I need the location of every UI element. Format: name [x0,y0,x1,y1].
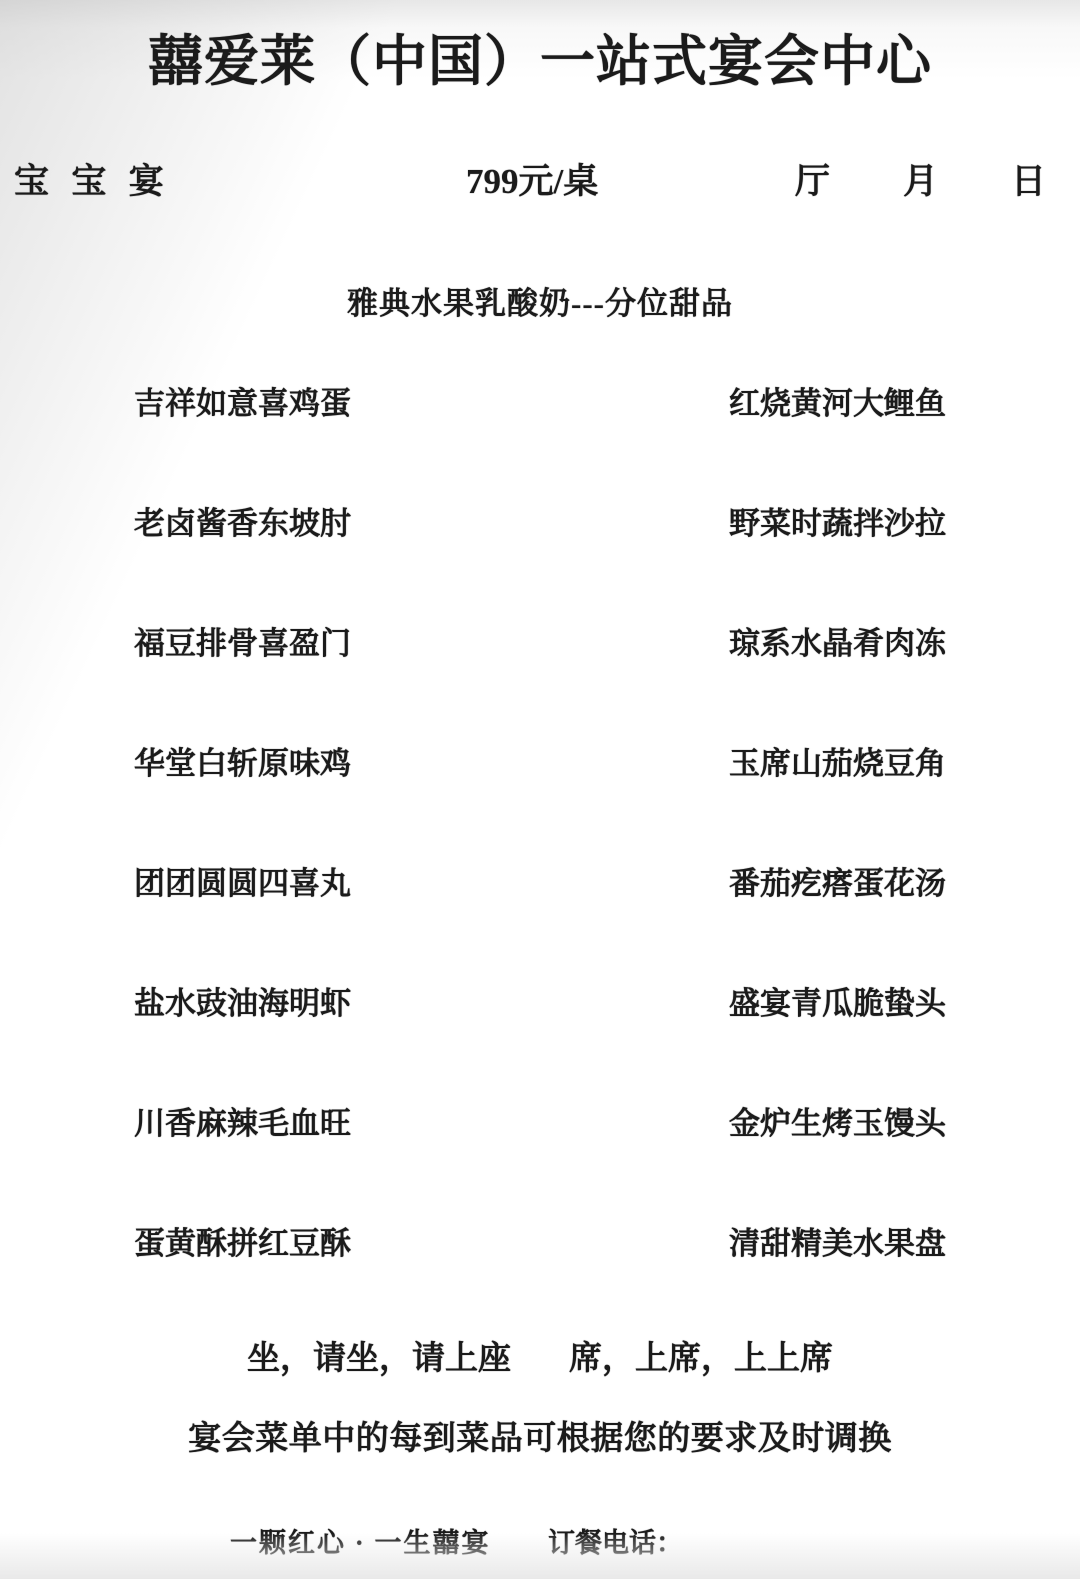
phone-label: 订餐电话： [548,1527,683,1559]
menu-row: 团团圆圆四喜丸 番茄疙瘩蛋花汤 [134,867,960,901]
dessert-course-line: 雅典水果乳酸奶---分位甜品 [0,286,1080,322]
dish-name-right: 野菜时蔬拌沙拉 [729,507,946,541]
header-info-row: 宝宝宴 799元/桌 厅 月 日 [0,162,1080,204]
dish-name-right: 红烧黄河大鲤鱼 [729,387,946,421]
dish-name-left: 福豆排骨喜盈门 [134,627,729,661]
hall-label: 厅 [795,162,830,202]
day-label: 日 [1011,162,1046,202]
dish-name-left: 川香麻辣毛血旺 [134,1107,729,1141]
seating-phrase-left: 坐，请坐，请上座 [247,1340,511,1378]
dish-name-left: 蛋黄酥拼红豆酥 [134,1227,729,1261]
hall-date-fields: 厅 月 日 [795,162,1046,202]
menu-change-note: 宴会菜单中的每到菜品可根据您的要求及时调换 [0,1420,1080,1458]
menu-row: 华堂白斩原味鸡 玉席山茄烧豆角 [134,747,960,781]
dish-name-left: 盐水豉油海明虾 [134,987,729,1021]
dish-name-left: 老卤酱香东坡肘 [134,507,729,541]
dish-name-right: 琼系水晶肴肉冻 [729,627,946,661]
dish-name-right: 玉席山茄烧豆角 [729,747,946,781]
banquet-menu-document: 囍爱莱（中国）一站式宴会中心 宝宝宴 799元/桌 厅 月 日 雅典水果乳酸奶-… [0,0,1080,1579]
menu-row: 福豆排骨喜盈门 琼系水晶肴肉冻 [134,627,960,661]
seating-phrase-right: 席，上席，上上席 [569,1340,833,1378]
banquet-type-label: 宝宝宴 [14,162,186,202]
seating-phrase-line: 坐，请坐，请上座 席，上席，上上席 [0,1340,1080,1378]
menu-row: 川香麻辣毛血旺 金炉生烤玉馒头 [134,1107,960,1141]
dish-name-right: 金炉生烤玉馒头 [729,1107,946,1141]
price-per-table: 799元/桌 [466,162,598,202]
slogan-text: 一颗红心 · 一生囍宴 [230,1527,491,1559]
page-title: 囍爱莱（中国）一站式宴会中心 [0,30,1080,94]
menu-row: 老卤酱香东坡肘 野菜时蔬拌沙拉 [134,507,960,541]
dish-name-left: 华堂白斩原味鸡 [134,747,729,781]
dish-name-right: 清甜精美水果盘 [729,1227,946,1261]
dish-name-left: 团团圆圆四喜丸 [134,867,729,901]
menu-row: 盐水豉油海明虾 盛宴青瓜脆蛰头 [134,987,960,1021]
footer-row: 一颗红心 · 一生囍宴 订餐电话： [0,1527,1080,1561]
menu-row: 吉祥如意喜鸡蛋 红烧黄河大鲤鱼 [134,387,960,421]
dish-name-left: 吉祥如意喜鸡蛋 [134,387,729,421]
dish-name-right: 番茄疙瘩蛋花汤 [729,867,946,901]
dish-list: 吉祥如意喜鸡蛋 红烧黄河大鲤鱼 老卤酱香东坡肘 野菜时蔬拌沙拉 福豆排骨喜盈门 … [134,387,960,1261]
dish-name-right: 盛宴青瓜脆蛰头 [729,987,946,1021]
month-label: 月 [903,162,938,202]
menu-row: 蛋黄酥拼红豆酥 清甜精美水果盘 [134,1227,960,1261]
